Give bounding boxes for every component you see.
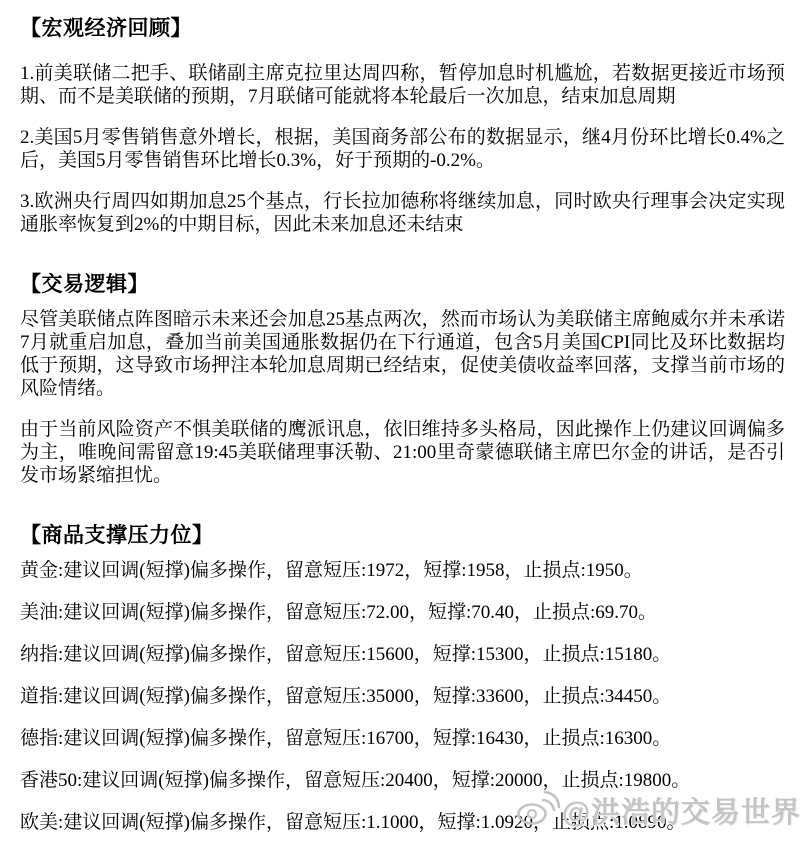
level-line-gold: 黄金:建议回调(短撑)偏多操作，留意短压:1972，短撑:1958，止损点:19…	[20, 559, 785, 582]
level-support: 20000	[495, 770, 543, 791]
level-line-hk50: 香港50:建议回调(短撑)偏多操作，留意短压:20400，短撑:20000，止损…	[20, 769, 785, 792]
level-advice: :建议回调(短撑)偏多操作，留意短压:	[58, 728, 366, 749]
level-support-label: ，短撑:	[414, 686, 476, 707]
level-end: 。	[652, 686, 671, 707]
level-support: 1958	[467, 560, 505, 581]
level-stop: 16300	[605, 728, 653, 749]
level-resistance: 1.1000	[366, 812, 418, 833]
level-end: 。	[652, 644, 671, 665]
level-support-label: ，短撑:	[409, 602, 471, 623]
level-name: 德指	[20, 728, 58, 749]
level-stop-label: ，止损点:	[533, 812, 614, 833]
level-resistance: 35000	[366, 686, 414, 707]
level-support: 16430	[476, 728, 524, 749]
section-trading-logic: 【交易逻辑】 尽管美联储点阵图暗示未来还会加息25基点两次，然而市场认为美联储主…	[20, 272, 785, 487]
level-advice: :建议回调(短撑)偏多操作，留意短压:	[58, 560, 366, 581]
section-levels: 【商品支撑压力位】 黄金:建议回调(短撑)偏多操作，留意短压:1972，短撑:1…	[20, 523, 785, 834]
level-support: 1.0920	[481, 812, 533, 833]
level-support-label: ，短撑:	[414, 644, 476, 665]
level-advice: :建议回调(短撑)偏多操作，留意短压:	[58, 602, 366, 623]
level-support: 33600	[476, 686, 524, 707]
section-title-levels: 【商品支撑压力位】	[20, 523, 785, 547]
section-macro: 【宏观经济回顾】 1.前美联储二把手、联储副主席克拉里达周四称，暂停加息时机尴尬…	[20, 16, 785, 236]
level-end: 。	[671, 770, 690, 791]
level-line-dax: 德指:建议回调(短撑)偏多操作，留意短压:16700，短撑:16430，止损点:…	[20, 727, 785, 750]
level-stop-label: ，止损点:	[524, 686, 605, 707]
level-name: 香港50	[20, 770, 77, 791]
level-resistance: 16700	[366, 728, 414, 749]
macro-paragraph-2: 2.美国5月零售销售意外增长，根据，美国商务部公布的数据显示，继4月份环比增长0…	[20, 126, 785, 172]
level-support-label: ，短撑:	[404, 560, 466, 581]
level-end: 。	[667, 812, 686, 833]
level-support: 15300	[476, 644, 524, 665]
logic-paragraph-1: 尽管美联储点阵图暗示未来还会加息25基点两次，然而市场认为美联储主席鲍威尔并未承…	[20, 308, 785, 400]
level-line-nasdaq: 纳指:建议回调(短撑)偏多操作，留意短压:15600，短撑:15300，止损点:…	[20, 643, 785, 666]
level-stop-label: ，止损点:	[543, 770, 624, 791]
level-stop-label: ，止损点:	[524, 728, 605, 749]
level-end: 。	[638, 602, 657, 623]
level-name: 美油	[20, 602, 58, 623]
level-line-dow: 道指:建议回调(短撑)偏多操作，留意短压:35000，短撑:33600，止损点:…	[20, 685, 785, 708]
level-name: 欧美	[20, 812, 58, 833]
level-resistance: 15600	[366, 644, 414, 665]
level-stop: 15180	[605, 644, 653, 665]
level-resistance: 1972	[366, 560, 404, 581]
level-support-label: ，短撑:	[418, 812, 480, 833]
macro-paragraph-3: 3.欧洲央行周四如期加息25个基点，行长拉加德称将继续加息，同时欧央行理事会决定…	[20, 190, 785, 236]
level-advice: :建议回调(短撑)偏多操作，留意短压:	[58, 644, 366, 665]
level-advice: :建议回调(短撑)偏多操作，留意短压:	[58, 686, 366, 707]
level-stop-label: ，止损点:	[524, 644, 605, 665]
level-stop-label: ，止损点:	[505, 560, 586, 581]
level-line-eurusd: 欧美:建议回调(短撑)偏多操作，留意短压:1.1000，短撑:1.0920，止损…	[20, 811, 785, 834]
level-resistance: 20400	[385, 770, 433, 791]
level-line-oil: 美油:建议回调(短撑)偏多操作，留意短压:72.00，短撑:70.40，止损点:…	[20, 601, 785, 624]
section-title-macro: 【宏观经济回顾】	[20, 16, 785, 40]
level-support: 70.40	[471, 602, 514, 623]
level-name: 黄金	[20, 560, 58, 581]
logic-paragraph-2: 由于当前风险资产不惧美联储的鹰派讯息，依旧维持多头格局，因此操作上仍建议回调偏多…	[20, 418, 785, 487]
level-end: 。	[652, 728, 671, 749]
level-resistance: 72.00	[366, 602, 409, 623]
level-stop-label: ，止损点:	[514, 602, 595, 623]
level-support-label: ，短撑:	[414, 728, 476, 749]
level-advice: :建议回调(短撑)偏多操作，留意短压:	[58, 812, 366, 833]
level-name: 道指	[20, 686, 58, 707]
level-stop: 69.70	[595, 602, 638, 623]
level-stop: 34450	[605, 686, 653, 707]
level-advice: :建议回调(短撑)偏多操作，留意短压:	[77, 770, 385, 791]
level-stop: 1.0890	[614, 812, 666, 833]
level-stop: 19800	[624, 770, 672, 791]
level-name: 纳指	[20, 644, 58, 665]
level-end: 。	[624, 560, 643, 581]
level-stop: 1950	[586, 560, 624, 581]
section-title-logic: 【交易逻辑】	[20, 272, 785, 296]
macro-paragraph-1: 1.前美联储二把手、联储副主席克拉里达周四称，暂停加息时机尴尬，若数据更接近市场…	[20, 62, 785, 108]
level-support-label: ，短撑:	[433, 770, 495, 791]
document-root: 【宏观经济回顾】 1.前美联储二把手、联储副主席克拉里达周四称，暂停加息时机尴尬…	[0, 0, 803, 834]
